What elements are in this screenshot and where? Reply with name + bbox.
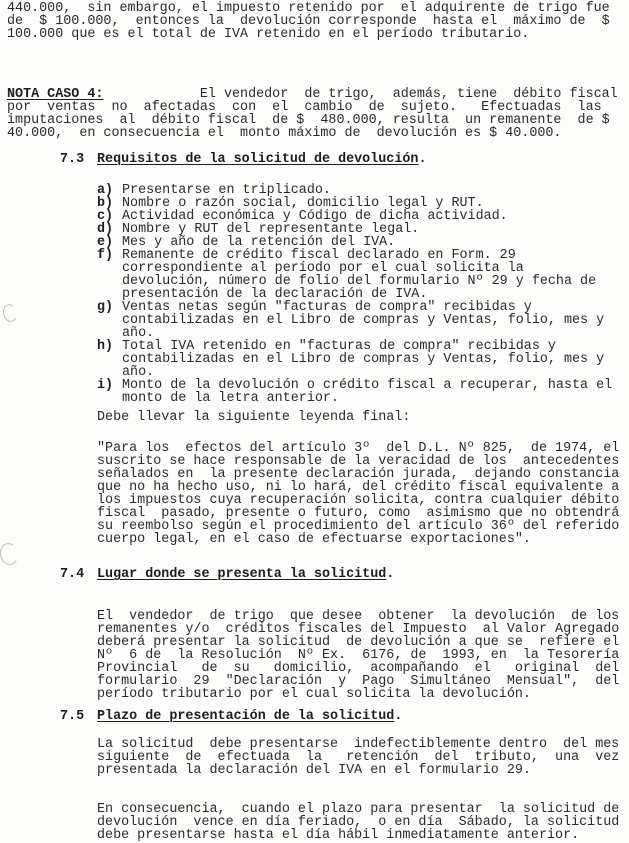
sworn-statement-quote: "Para los efectos del artículo 3º del D.… [97, 442, 629, 546]
legend-intro-line: Debe llevar la siguiente leyenda final: [97, 411, 629, 424]
section-title-period: . [394, 709, 402, 724]
list-item: g)Ventas netas según "facturas de compra… [97, 301, 629, 340]
section-title: Plazo de presentación de la solicitud [97, 709, 394, 724]
list-item-letter: f) [97, 249, 122, 262]
section-title: Lugar donde se presenta la solicitud [97, 567, 386, 582]
section-number: 7.3 [60, 153, 97, 166]
scan-smudge-icon [0, 541, 20, 566]
intro-paragraph: 440.000, sin embargo, el impuesto reteni… [7, 2, 629, 41]
section-7-4-body: El vendedor de trigo que desee obtener l… [97, 610, 629, 701]
list-item-text: Monto de la devolución o crédito fiscal … [122, 379, 629, 405]
section-heading-7-3: 7.3Requisitos de la solicitud de devoluc… [60, 153, 629, 166]
list-item: h)Total IVA retenido en "facturas de com… [97, 340, 629, 379]
section-title-period: . [418, 152, 426, 167]
section-number: 7.4 [60, 568, 97, 581]
list-item-letter: g) [97, 301, 122, 314]
requirements-list: a)Presentarse en triplicado. b)Nombre o … [97, 184, 629, 405]
list-item: i)Monto de la devolución o crédito fisca… [97, 379, 629, 405]
section-7-5-body-1: La solicitud debe presentarse indefectib… [97, 738, 629, 777]
section-title: Requisitos de la solicitud de devolución [97, 152, 418, 167]
list-item-text: Total IVA retenido en "facturas de compr… [122, 340, 629, 379]
section-title-period: . [386, 567, 394, 582]
section-number: 7.5 [60, 710, 97, 723]
section-7-5-body-2: En consecuencia, cuando el plazo para pr… [97, 803, 629, 842]
nota-caso-4-paragraph: NOTA CASO 4: El vendedor de trigo, ademá… [7, 88, 629, 140]
section-heading-7-4: 7.4Lugar donde se presenta la solicitud. [60, 568, 629, 581]
list-item-letter: i) [97, 379, 122, 392]
list-item-letter: h) [97, 340, 122, 353]
list-item-text: Ventas netas según "facturas de compra" … [122, 301, 629, 340]
section-heading-7-5: 7.5Plazo de presentación de la solicitud… [60, 710, 629, 723]
scanned-document-page: 440.000, sin embargo, el impuesto reteni… [0, 0, 629, 843]
scan-smudge-icon [1, 303, 18, 324]
list-item-text: Remanente de crédito fiscal declarado en… [122, 249, 629, 301]
list-item: f)Remanente de crédito fiscal declarado … [97, 249, 629, 301]
